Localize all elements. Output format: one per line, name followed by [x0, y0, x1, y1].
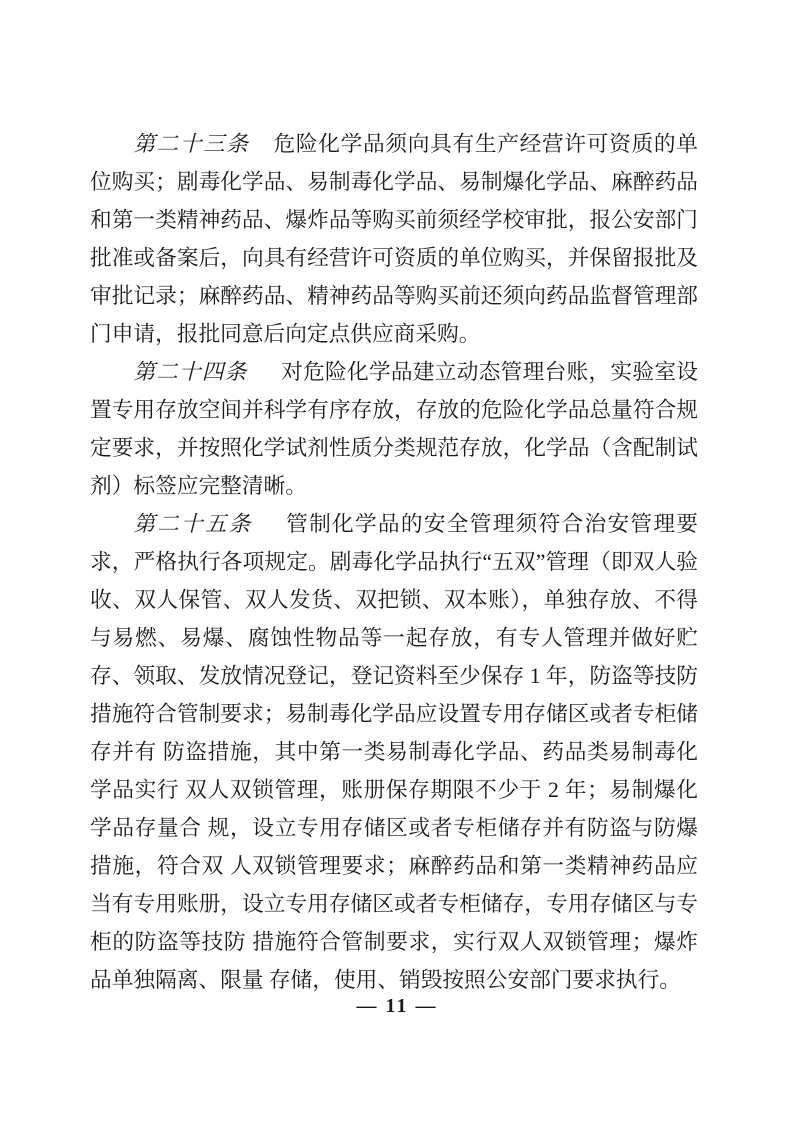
article-24-paragraph: 第二十四条对危险化学品建立动态管理台账，实验室设置专用存放空间并科学有序存放，存… [90, 353, 698, 505]
article-25-number: 第二十五条 [133, 512, 252, 536]
article-24-number: 第二十四条 [133, 360, 247, 384]
article-23-number: 第二十三条 [133, 132, 249, 156]
document-body: 第二十三条危险化学品须向具有生产经营许可资质的单位购买；剧毒化学品、易制毒化学品… [90, 125, 698, 999]
page-footer: — 11 — [0, 995, 794, 1018]
article-23-text: 危险化学品须向具有生产经营许可资质的单位购买；剧毒化学品、易制毒化学品、易制爆化… [90, 132, 698, 346]
article-23-paragraph: 第二十三条危险化学品须向具有生产经营许可资质的单位购买；剧毒化学品、易制毒化学品… [90, 125, 698, 353]
page-number: — 11 — [357, 995, 438, 1017]
article-25-text: 管制化学品的安全管理须符合治安管理要求，严格执行各项规定。剧毒化学品执行“五双”… [90, 512, 698, 992]
document-page: 第二十三条危险化学品须向具有生产经营许可资质的单位购买；剧毒化学品、易制毒化学品… [0, 0, 794, 1123]
article-25-paragraph: 第二十五条管制化学品的安全管理须符合治安管理要求，严格执行各项规定。剧毒化学品执… [90, 505, 698, 999]
